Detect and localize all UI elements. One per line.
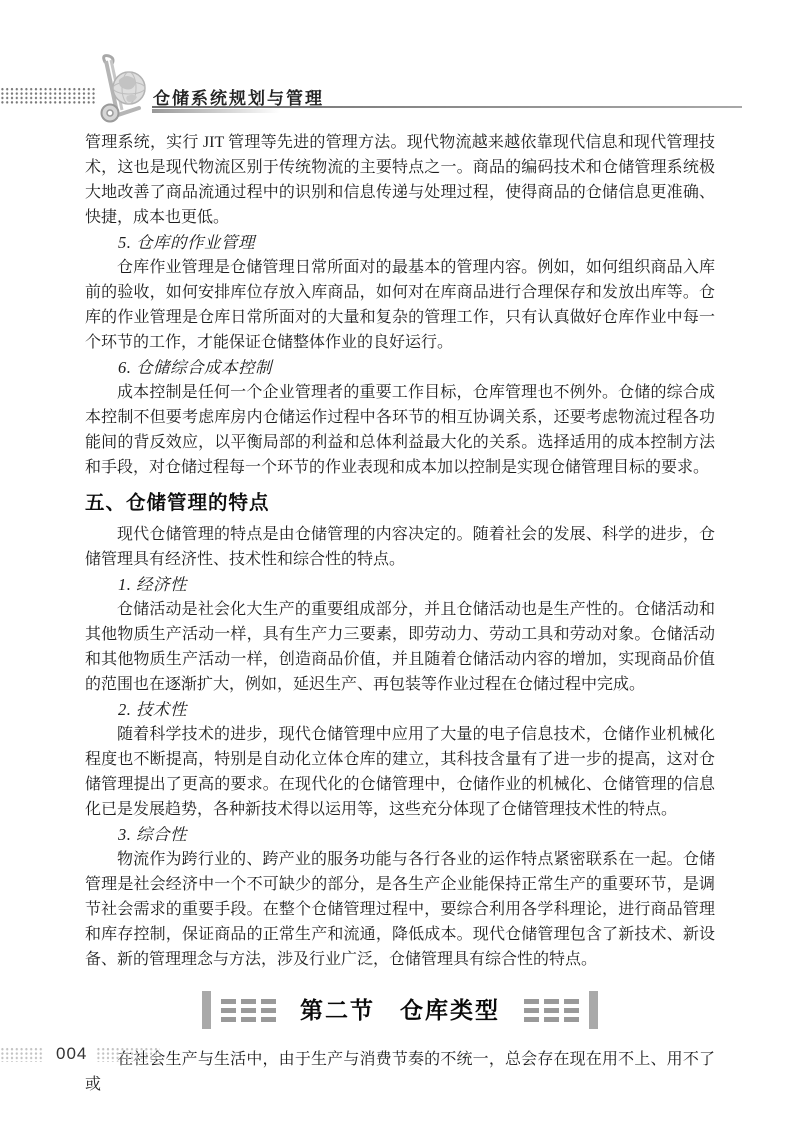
footer-dot-pattern-right (96, 1047, 160, 1062)
book-page: 仓储系统规划与管理 管理系统，实行 JIT 管理等先进的管理方法。现代物流越来越… (0, 0, 800, 1136)
banner-right-dashes-icon (524, 999, 579, 1022)
paragraph: 仓库作业管理是仓储管理日常所面对的最基本的管理内容。例如，如何组织商品入库前的验… (85, 255, 715, 355)
handtruck-globe-logo (93, 52, 149, 129)
banner-left-dashes-icon (221, 999, 276, 1022)
banner-left-bar-icon (202, 991, 211, 1029)
paragraph: 成本控制是任何一个企业管理者的重要工作目标，仓库管理也不例外。仓储的综合成本控制… (85, 380, 715, 480)
subheading-technical: 2. 技术性 (85, 697, 715, 722)
page-footer: 004 (0, 1044, 160, 1064)
paragraph: 仓储活动是社会化大生产的重要组成部分，并且仓储活动也是生产性的。仓储活动和其他物… (85, 597, 715, 697)
paragraph: 现代仓储管理的特点是由仓储管理的内容决定的。随着社会的发展、科学的进步，仓储管理… (85, 522, 715, 572)
paragraph: 物流作为跨行业的、跨产业的服务功能与各行各业的运作特点紧密联系在一起。仓储管理是… (85, 847, 715, 972)
paragraph: 随着科学技术的进步，现代仓储管理中应用了大量的电子信息技术，仓储作业机械化程度也… (85, 722, 715, 822)
banner-right-bar-icon (589, 991, 598, 1029)
paragraph: 在社会生产与生活中，由于生产与消费节奏的不统一，总会存在现在用不上、用不了或 (85, 1047, 715, 1097)
paragraph: 管理系统，实行 JIT 管理等先进的管理方法。现代物流越来越依靠现代信息和现代管… (85, 130, 715, 230)
header-rule (152, 106, 742, 113)
section-banner: 第二节 仓库类型 (85, 987, 715, 1033)
footer-dot-pattern-left (0, 1047, 44, 1062)
page-body: 管理系统，实行 JIT 管理等先进的管理方法。现代物流越来越依靠现代信息和现代管… (85, 130, 715, 1097)
subheading-comprehensive: 3. 综合性 (85, 822, 715, 847)
subheading-5: 5. 仓库的作业管理 (85, 230, 715, 255)
subheading-economic: 1. 经济性 (85, 572, 715, 597)
header-dot-pattern (0, 87, 97, 104)
page-header: 仓储系统规划与管理 (0, 0, 800, 128)
subheading-6: 6. 仓储综合成本控制 (85, 355, 715, 380)
heading-five: 五、仓储管理的特点 (85, 489, 715, 517)
page-number: 004 (56, 1044, 87, 1064)
section-title: 第二节 仓库类型 (300, 998, 500, 1023)
